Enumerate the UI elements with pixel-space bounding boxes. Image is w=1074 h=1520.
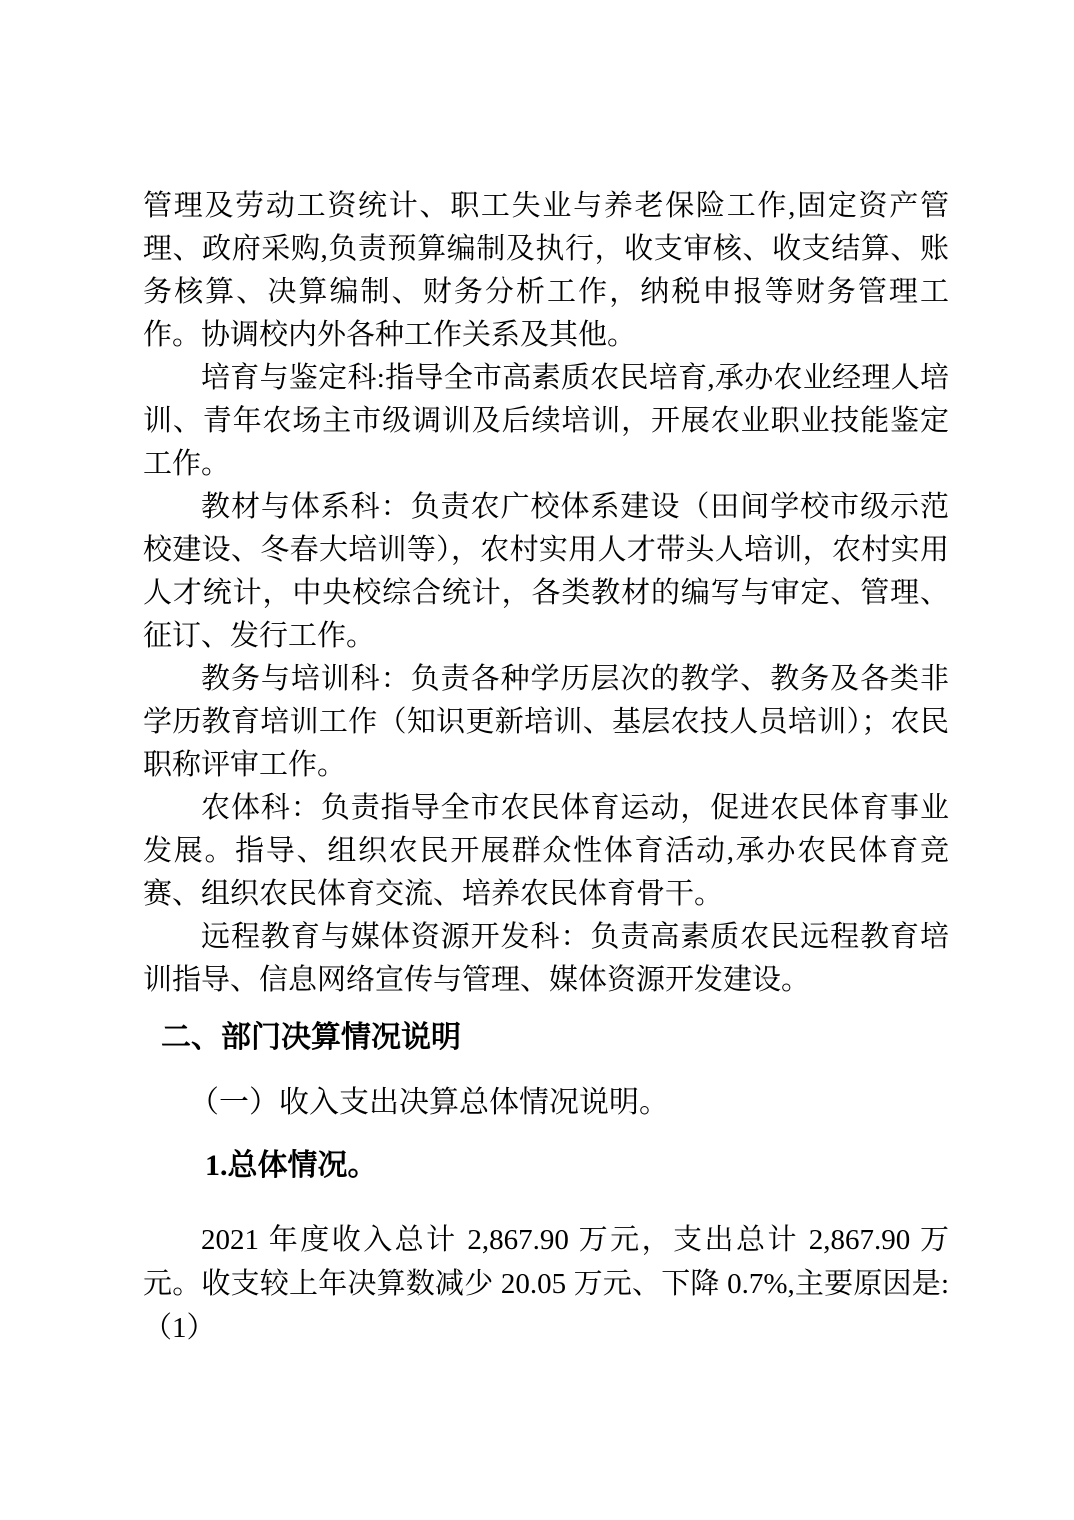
document-content: 管理及劳动工资统计、职工失业与养老保险工作,固定资产管理、政府采购,负责预算编制… <box>143 185 949 1350</box>
duties-section: 管理及劳动工资统计、职工失业与养老保险工作,固定资产管理、政府采购,负责预算编制… <box>143 185 949 1002</box>
clause-heading: 1.总体情况。 <box>205 1144 949 1187</box>
body-paragraph-rural-sports-division: 农体科：负责指导全市农民体育运动，促进农民体育事业发展。指导、组织农民开展群众性… <box>143 787 949 916</box>
body-paragraph-finance-duties: 管理及劳动工资统计、职工失业与养老保险工作,固定资产管理、政府采购,负责预算编制… <box>143 185 949 357</box>
document-page: 管理及劳动工资统计、职工失业与养老保险工作,固定资产管理、政府采购,负责预算编制… <box>0 0 1074 1520</box>
body-paragraph-distance-education-division: 远程教育与媒体资源开发科：负责高素质农民远程教育培训指导、信息网络宣传与管理、媒… <box>143 916 949 1002</box>
body-paragraph-academic-division: 教务与培训科：负责各种学历层次的教学、教务及各类非学历教育培训工作（知识更新培训… <box>143 658 949 787</box>
body-paragraph-cultivation-division: 培育与鉴定科:指导全市高素质农民培育,承办农业经理人培训、青年农场主市级调训及后… <box>143 357 949 486</box>
summary-paragraph: 2021 年度收入总计 2,867.90 万元，支出总计 2,867.90 万元… <box>143 1218 949 1350</box>
body-paragraph-textbook-division: 教材与体系科：负责农广校体系建设（田间学校市级示范校建设、冬春大培训等），农村实… <box>143 486 949 658</box>
section-heading: 二、部门决算情况说明 <box>161 1016 949 1059</box>
subsection-heading: （一）收入支出决算总体情况说明。 <box>189 1081 949 1124</box>
